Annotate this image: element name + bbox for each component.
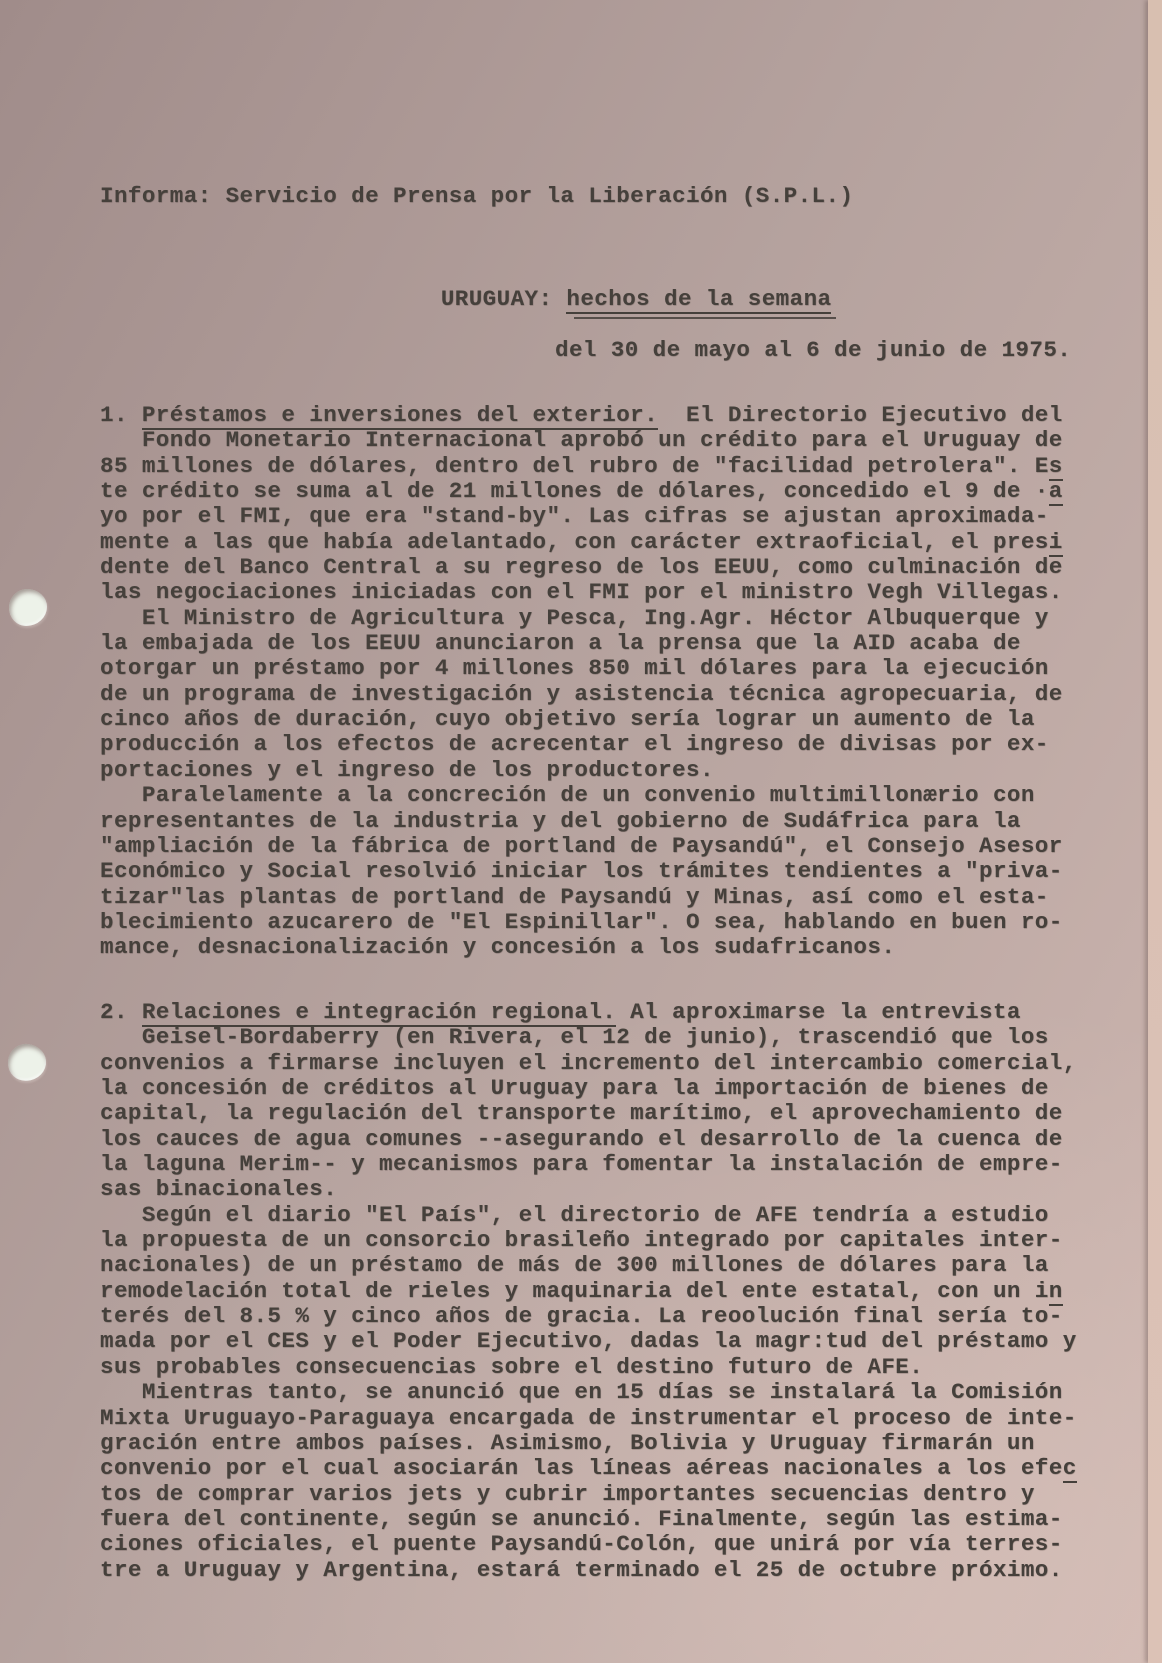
text-line: remodelación total de rieles y maquinari… bbox=[100, 1279, 1077, 1304]
text-line: dente del Banco Central a su regreso de … bbox=[100, 555, 1063, 580]
text-line: terés del 8.5 % y cinco años de gracia. … bbox=[100, 1304, 1077, 1329]
text-line: mente a las que había adelantado, con ca… bbox=[100, 530, 1063, 555]
text-line: tre a Uruguay y Argentina, estará termin… bbox=[100, 1558, 1077, 1583]
text-line: producción a los efectos de acrecentar e… bbox=[100, 732, 1063, 757]
text-line: la laguna Merim-- y mecanismos para fome… bbox=[100, 1152, 1077, 1177]
text-line: la embajada de los EEUU anunciaron a la … bbox=[100, 631, 1063, 656]
text-line: ciones oficiales, el puente Paysandú-Col… bbox=[100, 1532, 1077, 1557]
punch-hole-top bbox=[9, 589, 47, 626]
text-line: mance, desnacionalización y concesión a … bbox=[100, 935, 1063, 960]
text-line: 85 millones de dólares, dentro del rubro… bbox=[100, 454, 1063, 479]
text-line: tos de comprar varios jets y cubrir impo… bbox=[100, 1482, 1077, 1507]
document-title: URUGUAY: hechos de la semana bbox=[385, 262, 831, 338]
text-line: 2. Relaciones e integración regional. Al… bbox=[100, 1000, 1077, 1025]
text-line: las negociaciones iniciadas con el FMI p… bbox=[100, 580, 1063, 605]
text-line: tizar"las plantas de portland de Paysand… bbox=[100, 885, 1063, 910]
text-line: cinco años de duración, cuyo objetivo se… bbox=[100, 707, 1063, 732]
text-line: los cauces de agua comunes --asegurando … bbox=[100, 1127, 1077, 1152]
text-line: Geisel-Bordaberry (en Rivera, el 12 de j… bbox=[100, 1025, 1077, 1050]
text-line: El Ministro de Agricultura y Pesca, Ing.… bbox=[100, 606, 1063, 631]
text-line: otorgar un préstamo por 4 millones 850 m… bbox=[100, 656, 1063, 681]
scanned-paper-page: Informa: Servicio de Prensa por la Liber… bbox=[0, 0, 1162, 1663]
text-line: la concesión de créditos al Uruguay para… bbox=[100, 1076, 1077, 1101]
text-line: Según el diario "El País", el directorio… bbox=[100, 1203, 1077, 1228]
text-line: de un programa de investigación y asiste… bbox=[100, 682, 1063, 707]
title-prefix: URUGUAY: bbox=[441, 286, 567, 312]
informa-line: Informa: Servicio de Prensa por la Liber… bbox=[100, 184, 853, 209]
text-line: yo por el FMI, que era "stand-by". Las c… bbox=[100, 504, 1063, 529]
text-line: te crédito se suma al de 21 millones de … bbox=[100, 479, 1063, 504]
text-line: sus probables consecuencias sobre el des… bbox=[100, 1355, 1077, 1380]
section-regional-relations: 2. Relaciones e integración regional. Al… bbox=[100, 1000, 1077, 1583]
text-line: Fondo Monetario Internacional aprobó un … bbox=[100, 428, 1063, 453]
dateline: del 30 de mayo al 6 de junio de 1975. bbox=[555, 338, 1071, 363]
text-line: sas binacionales. bbox=[100, 1177, 1077, 1202]
title-underlined: hechos de la semana bbox=[566, 286, 831, 314]
text-line: Económico y Social resolvió iniciar los … bbox=[100, 859, 1063, 884]
text-line: representantes de la industria y del gob… bbox=[100, 809, 1063, 834]
text-line: fuera del continente, según se anunció. … bbox=[100, 1507, 1077, 1532]
section-loans-and-investments: 1. Préstamos e inversiones del exterior.… bbox=[100, 403, 1063, 961]
text-line: 1. Préstamos e inversiones del exterior.… bbox=[100, 403, 1063, 428]
text-line: capital, la regulación del transporte ma… bbox=[100, 1101, 1077, 1126]
text-line: Mientras tanto, se anunció que en 15 día… bbox=[100, 1380, 1077, 1405]
text-line: la propuesta de un consorcio brasileño i… bbox=[100, 1228, 1077, 1253]
text-line: nacionales) de un préstamo de más de 300… bbox=[100, 1253, 1077, 1278]
text-line: portaciones y el ingreso de los producto… bbox=[100, 758, 1063, 783]
text-line: convenio por el cual asociarán las línea… bbox=[100, 1456, 1077, 1481]
text-line: mada por el CES y el Poder Ejecutivo, da… bbox=[100, 1329, 1077, 1354]
text-line: blecimiento azucarero de "El Espinillar"… bbox=[100, 910, 1063, 935]
text-line: Paralelamente a la concreción de un conv… bbox=[100, 783, 1063, 808]
punch-hole-bottom bbox=[6, 1042, 49, 1084]
adjacent-page-edge bbox=[1148, 0, 1162, 1663]
text-line: gración entre ambos países. Asimismo, Bo… bbox=[100, 1431, 1077, 1456]
text-line: convenios a firmarse incluyen el increme… bbox=[100, 1051, 1077, 1076]
text-line: Mixta Uruguayo-Paraguaya encargada de in… bbox=[100, 1406, 1077, 1431]
text-line: "ampliación de la fábrica de portland de… bbox=[100, 834, 1063, 859]
